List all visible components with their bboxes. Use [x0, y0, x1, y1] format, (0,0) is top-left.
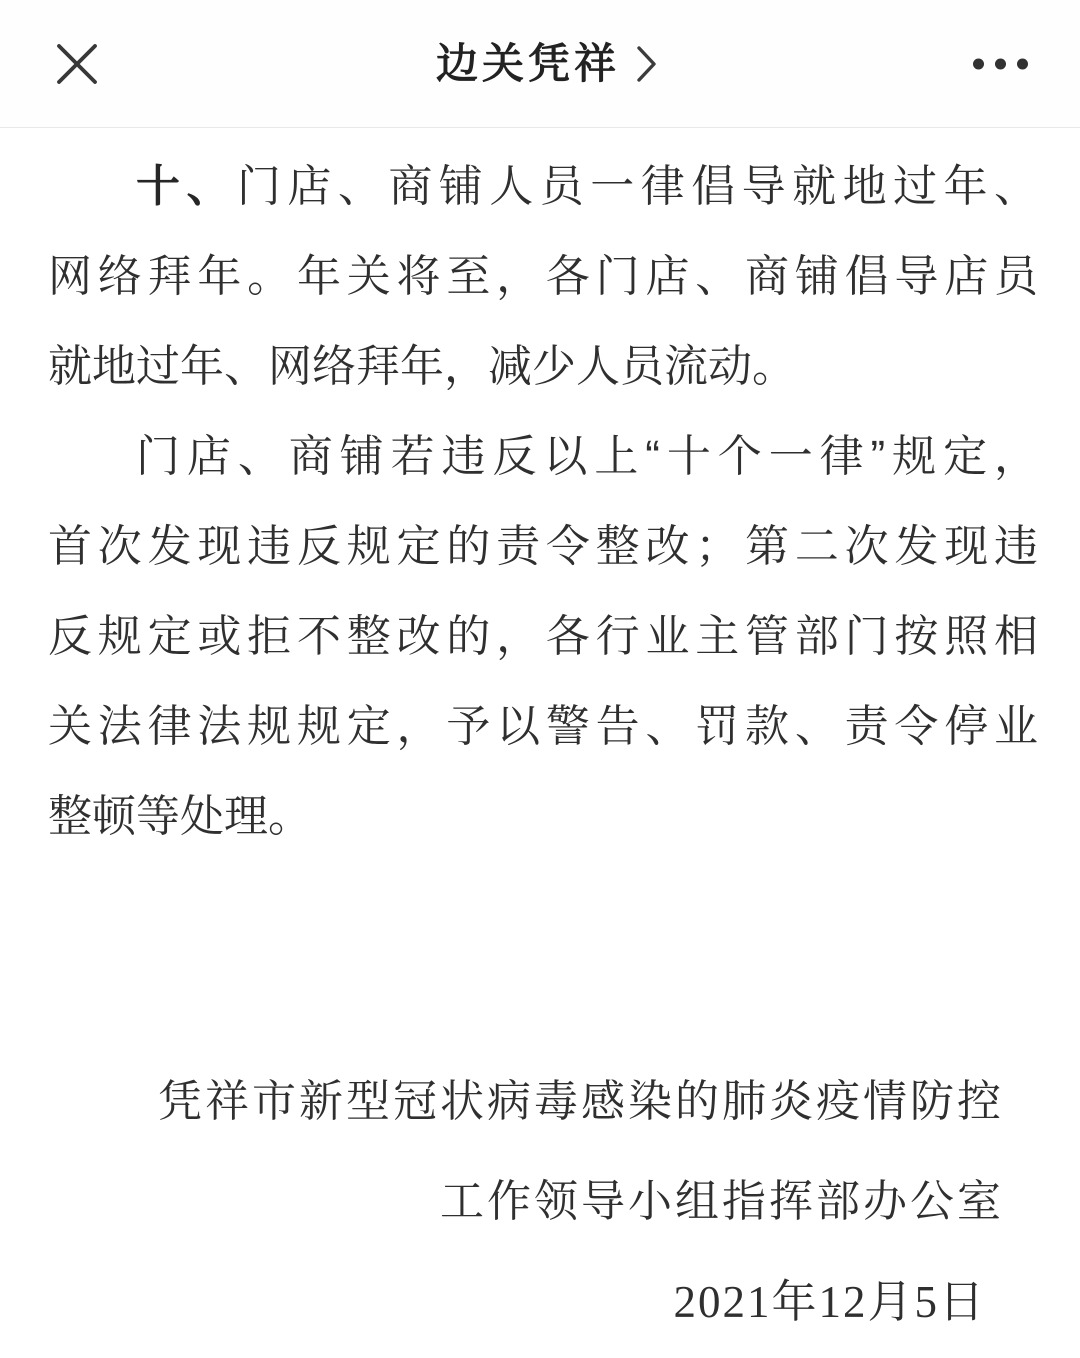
- more-icon: [973, 58, 984, 69]
- article-line: 网络拜年。年关将至，各门店、商铺倡导店员: [48, 232, 1038, 322]
- paragraph-1: 十、门店、商铺人员一律倡导就地过年、 网络拜年。年关将至，各门店、商铺倡导店员 …: [48, 142, 1038, 412]
- close-icon: [54, 41, 100, 87]
- more-icon: [995, 58, 1006, 69]
- article-body: 十、门店、商铺人员一律倡导就地过年、 网络拜年。年关将至，各门店、商铺倡导店员 …: [0, 128, 1080, 1352]
- article-line: 整顿等处理。: [48, 772, 1038, 862]
- paragraph-2: 门店、商铺若违反以上“十个一律”规定， 首次发现违反规定的责令整改；第二次发现违…: [48, 412, 1038, 862]
- more-button[interactable]: [973, 58, 1028, 69]
- account-name: 边关凭祥: [436, 43, 620, 85]
- article-line: 首次发现违反规定的责令整改；第二次发现违: [48, 502, 1038, 592]
- signature-block: 凭祥市新型冠状病毒感染的肺炎疫情防控 工作领导小组指挥部办公室 2021年12月…: [48, 1052, 1038, 1352]
- chevron-right-icon: [636, 45, 658, 83]
- more-icon: [1017, 58, 1028, 69]
- navbar: 边关凭祥: [0, 0, 1080, 128]
- wechat-article-page: 边关凭祥 十、门店、商铺人员一律倡导就地过年、 网络拜年。年关将至，各门店、商铺…: [0, 0, 1080, 1358]
- article-line: 十、门店、商铺人员一律倡导就地过年、: [48, 142, 1038, 232]
- article-line: 门店、商铺若违反以上“十个一律”规定，: [48, 412, 1038, 502]
- close-button[interactable]: [54, 41, 100, 87]
- article-text: 门店、商铺人员一律倡导就地过年、: [237, 162, 1038, 211]
- signature-line-1: 凭祥市新型冠状病毒感染的肺炎疫情防控: [48, 1052, 1004, 1152]
- account-title[interactable]: 边关凭祥: [436, 43, 658, 85]
- signature-date: 2021年12月5日: [48, 1252, 1004, 1352]
- article-line: 就地过年、网络拜年，减少人员流动。: [48, 322, 1038, 412]
- item-number: 十、: [136, 162, 237, 211]
- signature-line-2: 工作领导小组指挥部办公室: [48, 1152, 1004, 1252]
- article-line: 反规定或拒不整改的，各行业主管部门按照相: [48, 592, 1038, 682]
- article-line: 关法律法规规定，予以警告、罚款、责令停业: [48, 682, 1038, 772]
